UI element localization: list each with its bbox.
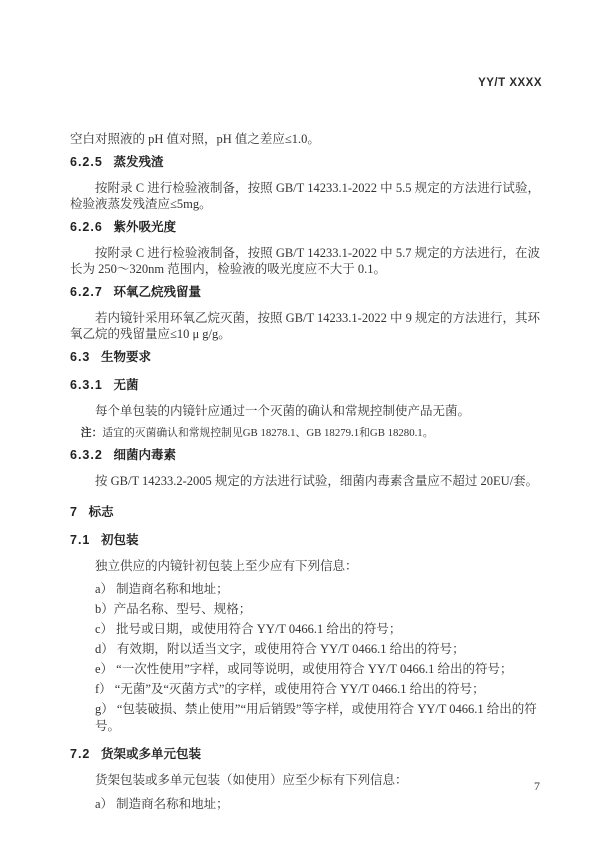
list-item: a） 制造商名称和地址；	[70, 796, 540, 813]
page-number: 7	[534, 779, 540, 794]
paragraph-eto-residue: 若内镜针采用环氧乙烷灭菌，按照 GB/T 14233.1-2022 中 9 规定…	[70, 310, 540, 343]
list-item: a） 制造商名称和地址；	[70, 581, 540, 598]
list-item: e） “一次性使用”字样，或同等说明，或使用符合 YY/T 0466.1 给出的…	[70, 661, 540, 678]
note-text: 适宜的灭菌确认和常规控制见GB 18278.1、GB 18279.1和GB 18…	[102, 427, 433, 439]
list-item: c） 批号或日期，或使用符合 YY/T 0466.1 给出的符号；	[70, 621, 540, 638]
heading-title: 细菌内毒素	[113, 448, 176, 462]
heading-title: 货架或多单元包装	[101, 747, 201, 761]
heading-title: 生物要求	[101, 350, 151, 364]
heading-number: 6.3.1	[70, 378, 103, 392]
heading-7-1: 7.1初包装	[70, 533, 540, 548]
list-item: b）产品名称、型号、规格；	[70, 601, 540, 618]
heading-number: 6.3.2	[70, 448, 103, 462]
document-page: YY/T XXXX 空白对照液的 pH 值对照，pH 值之差应≤1.0。 6.2…	[0, 0, 600, 848]
list-item: g） “包装破损、禁止使用”“用后销毁”等字样，或使用符合 YY/T 0466.…	[70, 701, 540, 734]
heading-number: 7	[70, 505, 78, 519]
heading-number: 6.2.6	[70, 220, 103, 234]
note-sterility: 注：适宜的灭菌确认和常规控制见GB 18278.1、GB 18279.1和GB …	[70, 426, 540, 440]
paragraph-primary-package-intro: 独立供应的内镜针初包装上至少应有下列信息：	[70, 558, 540, 575]
list-item: f） “无菌”及“灭菌方式”的字样，或使用符合 YY/T 0466.1 给出的符…	[70, 681, 540, 698]
note-prefix: 注：	[81, 427, 103, 439]
heading-title: 标志	[89, 505, 114, 519]
paragraph-uv-absorbance: 按附录 C 进行检验液制备，按照 GB/T 14233.1-2022 中 5.7…	[70, 245, 540, 278]
heading-6-2-5: 6.2.5蒸发残渣	[70, 155, 540, 170]
list-item: d） 有效期，附以适当文字，或使用符合 YY/T 0466.1 给出的符号；	[70, 641, 540, 658]
heading-number: 7.1	[70, 533, 90, 547]
heading-6-3-2: 6.3.2细菌内毒素	[70, 448, 540, 463]
heading-7-2: 7.2货架或多单元包装	[70, 747, 540, 762]
primary-package-label-list: a） 制造商名称和地址； b）产品名称、型号、规格； c） 批号或日期，或使用符…	[70, 581, 540, 734]
heading-6-2-6: 6.2.6紫外吸光度	[70, 220, 540, 235]
page-content: 空白对照液的 pH 值对照，pH 值之差应≤1.0。 6.2.5蒸发残渣 按附录…	[70, 131, 540, 818]
heading-number: 6.3	[70, 350, 90, 364]
doc-code: YY/T XXXX	[478, 77, 542, 89]
heading-title: 蒸发残渣	[113, 155, 163, 169]
heading-number: 7.2	[70, 747, 90, 761]
heading-number: 6.2.7	[70, 285, 103, 299]
heading-6-3-1: 6.3.1无菌	[70, 378, 540, 393]
paragraph-sterility: 每个单包装的内镜针应通过一个灭菌的确认和常规控制使产品无菌。	[70, 403, 540, 420]
shelf-package-label-list: a） 制造商名称和地址；	[70, 796, 540, 813]
heading-6-3: 6.3生物要求	[70, 350, 540, 365]
heading-6-2-7: 6.2.7环氧乙烷残留量	[70, 285, 540, 300]
paragraph-shelf-package-intro: 货架包装或多单元包装（如使用）应至少标有下列信息：	[70, 772, 540, 789]
heading-title: 紫外吸光度	[113, 220, 176, 234]
paragraph-ph-requirement: 空白对照液的 pH 值对照，pH 值之差应≤1.0。	[70, 131, 540, 148]
paragraph-evaporation-residue: 按附录 C 进行检验液制备，按照 GB/T 14233.1-2022 中 5.5…	[70, 180, 540, 213]
heading-7: 7标志	[70, 505, 540, 520]
heading-title: 无菌	[113, 378, 138, 392]
heading-title: 环氧乙烷残留量	[113, 285, 201, 299]
paragraph-endotoxin: 按 GB/T 14233.2-2005 规定的方法进行试验，细菌内毒素含量应不超…	[70, 473, 540, 490]
heading-number: 6.2.5	[70, 155, 103, 169]
heading-title: 初包装	[101, 533, 139, 547]
